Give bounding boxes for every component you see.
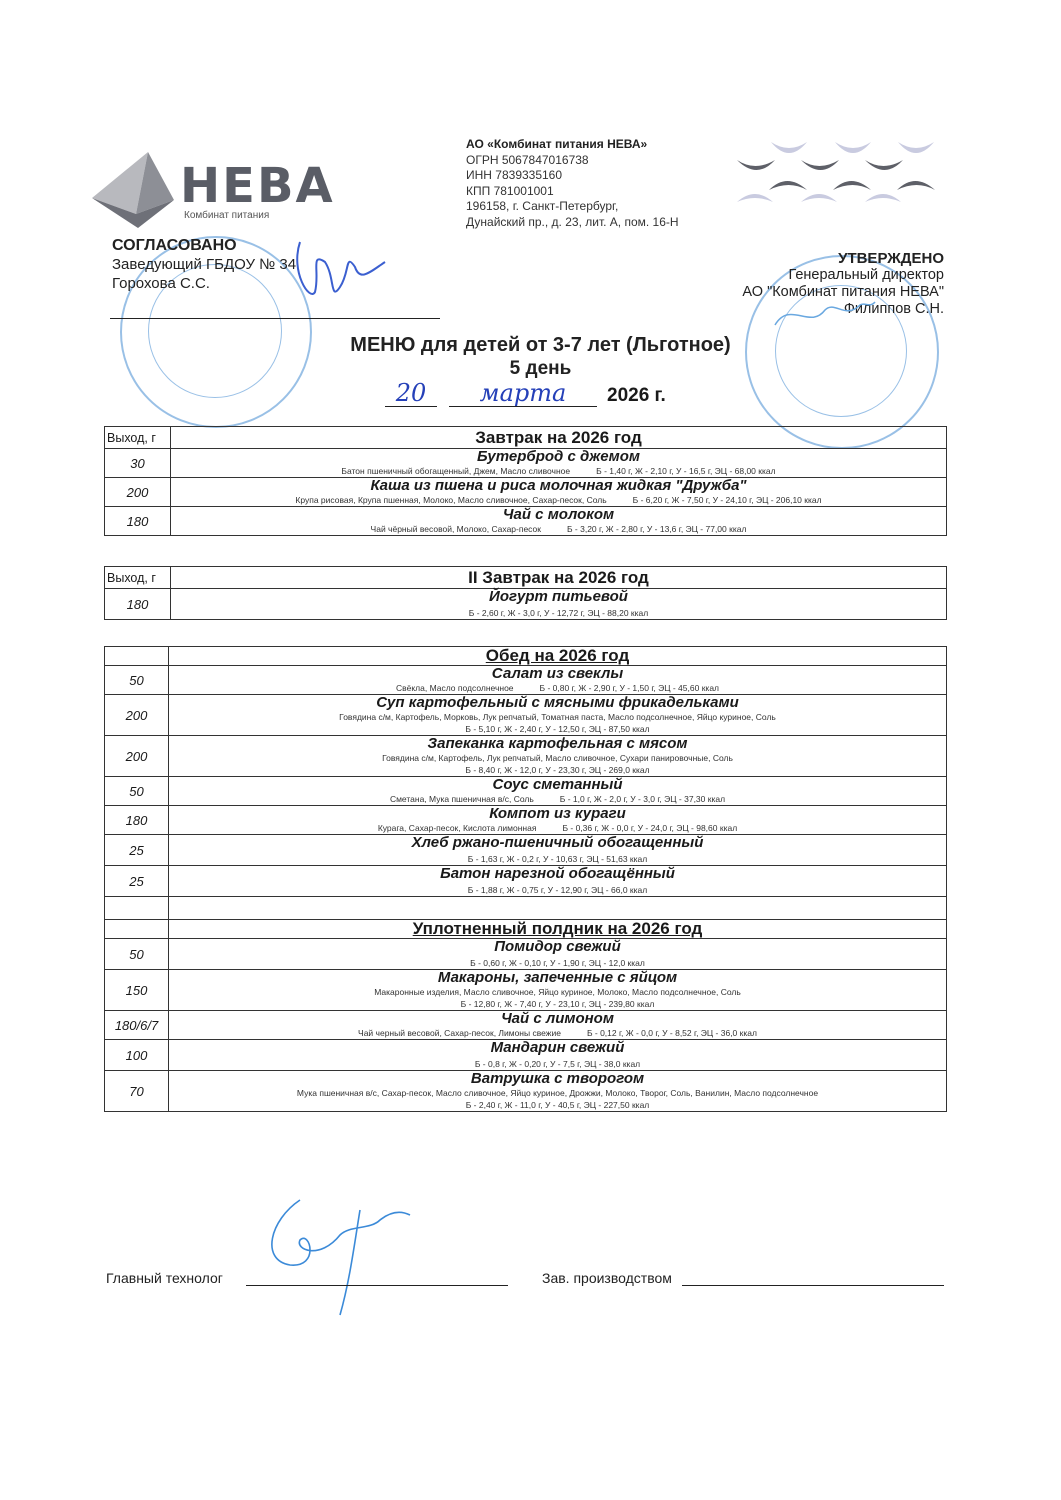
section-title: Завтрак на 2026 год bbox=[171, 427, 947, 449]
menu-item-row: 100 Мандарин свежий Б - 0,8 г, Ж - 0,20 … bbox=[105, 1040, 947, 1071]
company-ogrn: ОГРН 5067847016738 bbox=[466, 153, 679, 169]
company-inn: ИНН 7839335160 bbox=[466, 168, 679, 184]
company-name: АО «Комбинат питания НЕВА» bbox=[466, 137, 679, 153]
dish-nutrition: Б - 0,12 г, Ж - 0,0 г, У - 8,52 г, ЭЦ - … bbox=[587, 1028, 757, 1038]
dish-ingredients: Свёкла, Масло подсолнечное bbox=[396, 683, 514, 693]
dish-nutrition: Б - 1,40 г, Ж - 2,10 г, У - 16,5 г, ЭЦ -… bbox=[596, 466, 775, 476]
dish-output: 200 bbox=[105, 736, 169, 777]
logo-subtitle: Комбинат питания bbox=[184, 210, 269, 221]
dish-ingredients: Мука пшеничная в/с, Сахар-песок, Масло с… bbox=[169, 1087, 946, 1099]
date-day: 20 bbox=[385, 380, 437, 407]
dish-ingredients: Сметана, Мука пшеничная в/с, Соль bbox=[390, 794, 534, 804]
menu-item-row: 25 Хлеб ржано-пшеничный обогащенный Б - … bbox=[105, 835, 947, 866]
dish-ingredients: Чай чёрный весовой, Молоко, Сахар-песок bbox=[371, 524, 541, 534]
menu-item-row: 30 Бутерброд с джемом Батон пшеничный об… bbox=[105, 449, 947, 478]
dish-name: Батон нарезной обогащённый bbox=[169, 866, 946, 882]
dish-nutrition: Б - 5,10 г, Ж - 2,40 г, У - 12,50 г, ЭЦ … bbox=[169, 723, 946, 735]
dish-output: 25 bbox=[105, 835, 169, 866]
technologist-signature-icon bbox=[240, 1190, 440, 1320]
dish-output: 150 bbox=[105, 970, 169, 1011]
menu-item-row: 50 Соус сметанный Сметана, Мука пшенична… bbox=[105, 777, 947, 806]
dish-ingredients: Батон пшеничный обогащенный, Джем, Масло… bbox=[341, 466, 570, 476]
spacer-row bbox=[105, 897, 947, 920]
second-breakfast-table: Выход, г II Завтрак на 2026 год 180 Йогу… bbox=[104, 566, 947, 620]
dish-nutrition: Б - 1,63 г, Ж - 0,2 г, У - 10,63 г, ЭЦ -… bbox=[169, 851, 946, 865]
dish-output: 70 bbox=[105, 1071, 169, 1112]
company-logo: НЕВА Комбинат питания bbox=[88, 150, 328, 230]
dish-name: Суп картофельный с мясными фрикадельками bbox=[169, 695, 946, 711]
menu-day: 5 день bbox=[0, 358, 1061, 380]
dish-name: Макароны, запеченные с яйцом bbox=[169, 970, 946, 986]
dish-output: 50 bbox=[105, 939, 169, 970]
dish-name: Чай с молоком bbox=[171, 507, 946, 523]
dish-name: Бутерброд с джемом bbox=[171, 449, 946, 465]
date-year: 2026 г. bbox=[607, 385, 666, 407]
menu-item-row: 200 Суп картофельный с мясными фрикадель… bbox=[105, 695, 947, 736]
dish-nutrition: Б - 3,20 г, Ж - 2,80 г, У - 13,6 г, ЭЦ -… bbox=[567, 524, 746, 534]
section-title: Обед на 2026 год bbox=[169, 647, 947, 666]
dish-nutrition: Б - 0,8 г, Ж - 0,20 г, У - 7,5 г, ЭЦ - 3… bbox=[169, 1056, 946, 1070]
menu-item-row: 200 Каша из пшена и риса молочная жидкая… bbox=[105, 478, 947, 507]
menu-date: 20 марта 2026 г. bbox=[385, 380, 666, 407]
logo-wordmark: НЕВА bbox=[180, 158, 335, 214]
dish-output: 25 bbox=[105, 866, 169, 897]
section-title: II Завтрак на 2026 год bbox=[171, 567, 947, 589]
dish-output: 180 bbox=[105, 507, 171, 536]
production-head-signature-line bbox=[682, 1285, 944, 1286]
menu-item-row: 180 Компот из кураги Курага, Сахар-песок… bbox=[105, 806, 947, 835]
dish-nutrition: Б - 6,20 г, Ж - 7,50 г, У - 24,10 г, ЭЦ … bbox=[633, 495, 822, 505]
menu-item-row: 180 Чай с молоком Чай чёрный весовой, Мо… bbox=[105, 507, 947, 536]
menu-item-row: 50 Салат из свеклы Свёкла, Масло подсолн… bbox=[105, 666, 947, 695]
production-head-label: Зав. производством bbox=[542, 1270, 672, 1286]
agreed-signature-line bbox=[110, 318, 440, 319]
pyramid-logo-icon bbox=[88, 150, 178, 230]
dish-ingredients: Макаронные изделия, Масло сливочное, Яйц… bbox=[169, 986, 946, 998]
dish-output: 180 bbox=[105, 589, 171, 620]
dish-name: Компот из кураги bbox=[169, 806, 946, 822]
dish-name: Каша из пшена и риса молочная жидкая "Др… bbox=[171, 478, 946, 494]
company-details: АО «Комбинат питания НЕВА» ОГРН 50678470… bbox=[466, 137, 679, 230]
dish-nutrition: Б - 0,60 г, Ж - 0,10 г, У - 1,90 г, ЭЦ -… bbox=[169, 955, 946, 969]
dish-nutrition: Б - 0,80 г, Ж - 2,90 г, У - 1,50 г, ЭЦ -… bbox=[540, 683, 719, 693]
dish-nutrition: Б - 0,36 г, Ж - 0,0 г, У - 24,0 г, ЭЦ - … bbox=[562, 823, 737, 833]
menu-item-row: 200 Запеканка картофельная с мясом Говяд… bbox=[105, 736, 947, 777]
dish-nutrition: Б - 1,88 г, Ж - 0,75 г, У - 12,90 г, ЭЦ … bbox=[169, 882, 946, 896]
dish-name: Ватрушка с творогом bbox=[169, 1071, 946, 1087]
agreed-name: Горохова С.С. bbox=[112, 274, 296, 293]
dish-name: Мандарин свежий bbox=[169, 1040, 946, 1056]
dish-output: 200 bbox=[105, 695, 169, 736]
dish-name: Салат из свеклы bbox=[169, 666, 946, 682]
dish-output: 50 bbox=[105, 666, 169, 695]
menu-item-row: 25 Батон нарезной обогащённый Б - 1,88 г… bbox=[105, 866, 947, 897]
chief-technologist-signature-line bbox=[246, 1285, 508, 1286]
section-title: Уплотненный полдник на 2026 год bbox=[169, 920, 947, 939]
director-signature-icon bbox=[770, 290, 880, 340]
dish-nutrition: Б - 2,40 г, Ж - 11,0 г, У - 40,5 г, ЭЦ -… bbox=[169, 1099, 946, 1111]
dish-ingredients: Крупа рисовая, Крупа пшенная, Молоко, Ма… bbox=[295, 495, 606, 505]
dish-output: 200 bbox=[105, 478, 171, 507]
lunch-snack-table: Обед на 2026 год 50 Салат из свеклы Свёк… bbox=[104, 646, 947, 1112]
dish-output: 180/6/7 bbox=[105, 1011, 169, 1040]
dish-ingredients: Чай черный весовой, Сахар-песок, Лимоны … bbox=[358, 1028, 561, 1038]
head-signature-icon bbox=[280, 232, 390, 322]
dish-output: 50 bbox=[105, 777, 169, 806]
dish-nutrition: Б - 8,40 г, Ж - 12,0 г, У - 23,30 г, ЭЦ … bbox=[169, 764, 946, 776]
dish-ingredients: Курага, Сахар-песок, Кислота лимонная bbox=[378, 823, 537, 833]
menu-title: МЕНЮ для детей от 3-7 лет (Льготное) bbox=[0, 334, 1061, 357]
agreed-block: СОГЛАСОВАНО Заведующий ГБДОУ № 34 Горохо… bbox=[112, 236, 296, 293]
agreed-heading: СОГЛАСОВАНО bbox=[112, 236, 296, 255]
menu-item-row: 180 Йогурт питьевой Б - 2,60 г, Ж - 3,0 … bbox=[105, 589, 947, 620]
dish-name: Запеканка картофельная с мясом bbox=[169, 736, 946, 752]
menu-item-row: 180/6/7 Чай с лимоном Чай черный весовой… bbox=[105, 1011, 947, 1040]
dish-name: Хлеб ржано-пшеничный обогащенный bbox=[169, 835, 946, 851]
company-kpp: КПП 781001001 bbox=[466, 184, 679, 200]
dish-nutrition: Б - 12,80 г, Ж - 7,40 г, У - 23,10 г, ЭЦ… bbox=[169, 998, 946, 1010]
dish-name: Йогурт питьевой bbox=[171, 589, 946, 605]
dish-ingredients: Говядина с/м, Картофель, Лук репчатый, М… bbox=[169, 752, 946, 764]
dish-nutrition: Б - 1,0 г, Ж - 2,0 г, У - 3,0 г, ЭЦ - 37… bbox=[560, 794, 725, 804]
menu-item-row: 150 Макароны, запеченные с яйцом Макарон… bbox=[105, 970, 947, 1011]
dish-output: 30 bbox=[105, 449, 171, 478]
menu-item-row: 70 Ватрушка с творогом Мука пшеничная в/… bbox=[105, 1071, 947, 1112]
approved-heading: УТВЕРЖДЕНО bbox=[742, 250, 944, 267]
company-address-1: 196158, г. Санкт-Петербург, bbox=[466, 199, 679, 215]
breakfast-table: Выход, г Завтрак на 2026 год 30 Бутербро… bbox=[104, 426, 947, 536]
agreed-position: Заведующий ГБДОУ № 34 bbox=[112, 255, 296, 274]
chief-technologist-label: Главный технолог bbox=[106, 1270, 223, 1286]
output-column-header: Выход, г bbox=[105, 427, 171, 449]
output-column-header: Выход, г bbox=[105, 567, 171, 589]
dish-name: Помидор свежий bbox=[169, 939, 946, 955]
approved-position: Генеральный директор bbox=[742, 267, 944, 284]
company-address-2: Дунайский пр., д. 23, лит. А, пом. 16-Н bbox=[466, 215, 679, 231]
dish-output: 180 bbox=[105, 806, 169, 835]
dish-nutrition: Б - 2,60 г, Ж - 3,0 г, У - 12,72 г, ЭЦ -… bbox=[171, 605, 946, 619]
dish-ingredients: Говядина с/м, Картофель, Морковь, Лук ре… bbox=[169, 711, 946, 723]
menu-item-row: 50 Помидор свежий Б - 0,60 г, Ж - 0,10 г… bbox=[105, 939, 947, 970]
dish-name: Чай с лимоном bbox=[169, 1011, 946, 1027]
wave-pattern-icon bbox=[733, 140, 958, 210]
dish-name: Соус сметанный bbox=[169, 777, 946, 793]
dish-output: 100 bbox=[105, 1040, 169, 1071]
date-month: марта bbox=[449, 380, 597, 407]
